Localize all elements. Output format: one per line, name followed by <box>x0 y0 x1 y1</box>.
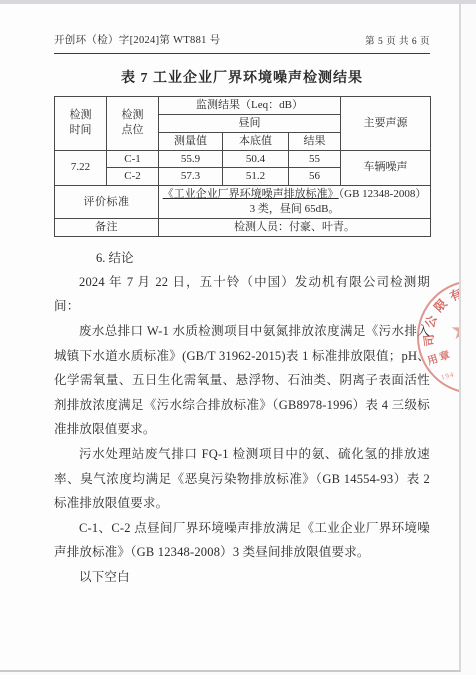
page-number-indicator: 第 5 页 共 6 页 <box>365 33 430 47</box>
cell-measured: 55.9 <box>159 150 223 168</box>
cell-background: 51.2 <box>223 168 289 186</box>
table-header-row: 检测时间 检测点位 监测结果（Leq：dB） 主要声源 <box>55 97 431 115</box>
header-divider-line <box>54 53 430 54</box>
cell-measured: 57.3 <box>159 168 223 186</box>
conclusion-paragraph: 2024 年 7 月 22 日，五十铃（中国）发动机有限公司检测期间： <box>54 270 430 319</box>
table-row: 7.22 C-1 55.9 50.4 55 车辆噪声 <box>55 150 431 168</box>
col-header-time: 检测时间 <box>55 97 107 151</box>
col-header-background: 本底值 <box>223 132 289 150</box>
cell-source: 车辆噪声 <box>341 150 431 186</box>
cell-background: 50.4 <box>223 150 289 168</box>
remark-text: 检测人员：付豪、叶青。 <box>159 218 431 236</box>
end-of-content-marker: 以下空白 <box>54 565 430 590</box>
col-header-result: 结果 <box>289 132 341 150</box>
conclusion-paragraph: 污水处理站废气排口 FQ-1 检测项目中的氨、硫化氢的排放速率、臭气浓度均满足《… <box>54 442 430 516</box>
cell-time: 7.22 <box>55 150 107 186</box>
remark-row: 备注 检测人员：付豪、叶青。 <box>55 218 431 236</box>
evaluation-row: 评价标准 《工业企业厂界环境噪声排放标准》（GB 12348-2008）3 类，… <box>55 186 431 219</box>
conclusion-paragraph: 废水总排口 W-1 水质检测项目中氨氮排放浓度满足《污水排入城镇下水道水质标准》… <box>54 319 430 442</box>
col-header-measured: 测量值 <box>159 132 223 150</box>
col-header-source: 主要声源 <box>341 97 431 151</box>
seal-star-icon: ★ <box>450 318 461 344</box>
col-header-period: 昼间 <box>159 114 341 132</box>
standard-title-underlined: 《工业企业厂界环境噪声排放标准》 <box>163 188 339 200</box>
seal-number: 194 <box>440 370 455 381</box>
evaluation-label: 评价标准 <box>55 186 159 219</box>
conclusion-paragraph: C-1、C-2 点昼间厂界环境噪声排放满足《工业企业厂界环境噪声排放标准》（GB… <box>54 516 430 565</box>
document-number: 开创环（检）字[2024]第 WT881 号 <box>54 32 220 47</box>
col-header-point: 检测点位 <box>107 97 159 151</box>
cell-result: 56 <box>289 168 341 186</box>
cell-result: 55 <box>289 150 341 168</box>
conclusion-heading: 6. 结论 <box>96 246 430 270</box>
remark-label: 备注 <box>55 218 159 236</box>
table-title: 表 7 工业企业厂界环境噪声检测结果 <box>54 67 430 87</box>
page-header: 开创环（检）字[2024]第 WT881 号 第 5 页 共 6 页 <box>54 4 430 47</box>
cell-point: C-1 <box>107 150 159 168</box>
noise-result-table: 检测时间 检测点位 监测结果（Leq：dB） 主要声源 昼间 测量值 本底值 结… <box>54 96 431 237</box>
col-header-result-group: 监测结果（Leq：dB） <box>159 97 341 115</box>
evaluation-text: 《工业企业厂界环境噪声排放标准》（GB 12348-2008）3 类，昼间 65… <box>159 186 431 219</box>
scanned-report-photo: { "page_header": { "doc_number": "开创环（检）… <box>0 0 476 675</box>
conclusion-section: 6. 结论 2024 年 7 月 22 日，五十铃（中国）发动机有限公司检测期间… <box>54 246 430 590</box>
document-page: 开创环（检）字[2024]第 WT881 号 第 5 页 共 6 页 表 7 工… <box>0 4 461 672</box>
cell-point: C-2 <box>107 168 159 186</box>
